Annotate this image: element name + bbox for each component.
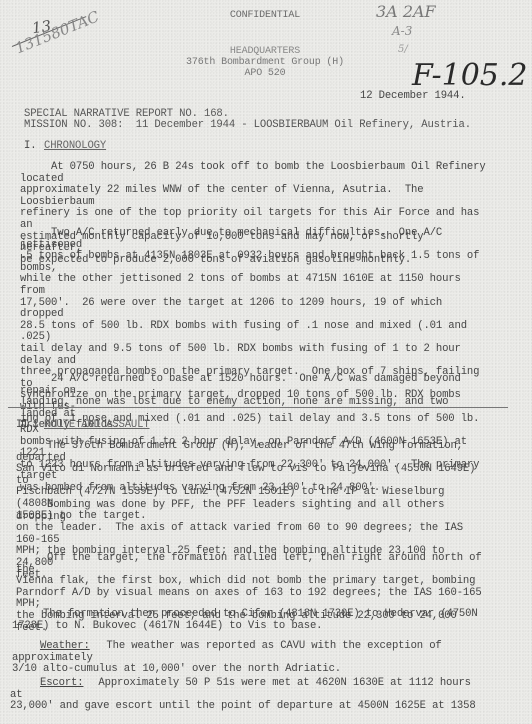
- org-apo: APO 520: [170, 68, 360, 80]
- weather-text: The weather was reported as CAVU with th…: [12, 641, 482, 676]
- handwritten-code-line1: 3A 2AF: [376, 2, 436, 21]
- mission-line: MISSION NO. 308: 11 December 1944 - LOOS…: [24, 120, 471, 132]
- org-group: 376th Bombardment Group (H): [150, 57, 380, 69]
- section-1-number: I.: [24, 141, 36, 153]
- handwritten-code-line3: 5/: [398, 44, 408, 55]
- classification-label: CONFIDENTIAL: [190, 10, 340, 22]
- handwritten-code-line2: A-3: [392, 24, 412, 38]
- handwritten-number-bottom: 131580TAC: [13, 7, 102, 57]
- section-2-heading: ROUTE AND ASSAULT: [44, 420, 150, 432]
- document-page: 13 131580TAC 3A 2AF A-3 5/ F-105.2 CONFI…: [0, 0, 532, 724]
- handwritten-file-number: F-105.2: [412, 58, 528, 93]
- section-1-heading: CHRONOLOGY: [44, 141, 106, 153]
- paragraph-route-4: The formation then proceeded to Cifer (4…: [12, 609, 482, 632]
- section-2-number: II.: [16, 420, 35, 432]
- org-headquarters: HEADQUARTERS: [170, 46, 360, 58]
- report-date: 12 December 1944.: [360, 91, 466, 103]
- escort-text: Approximately 50 P 51s were met at 4620N…: [10, 678, 480, 713]
- hand-drawn-underline: [8, 407, 508, 408]
